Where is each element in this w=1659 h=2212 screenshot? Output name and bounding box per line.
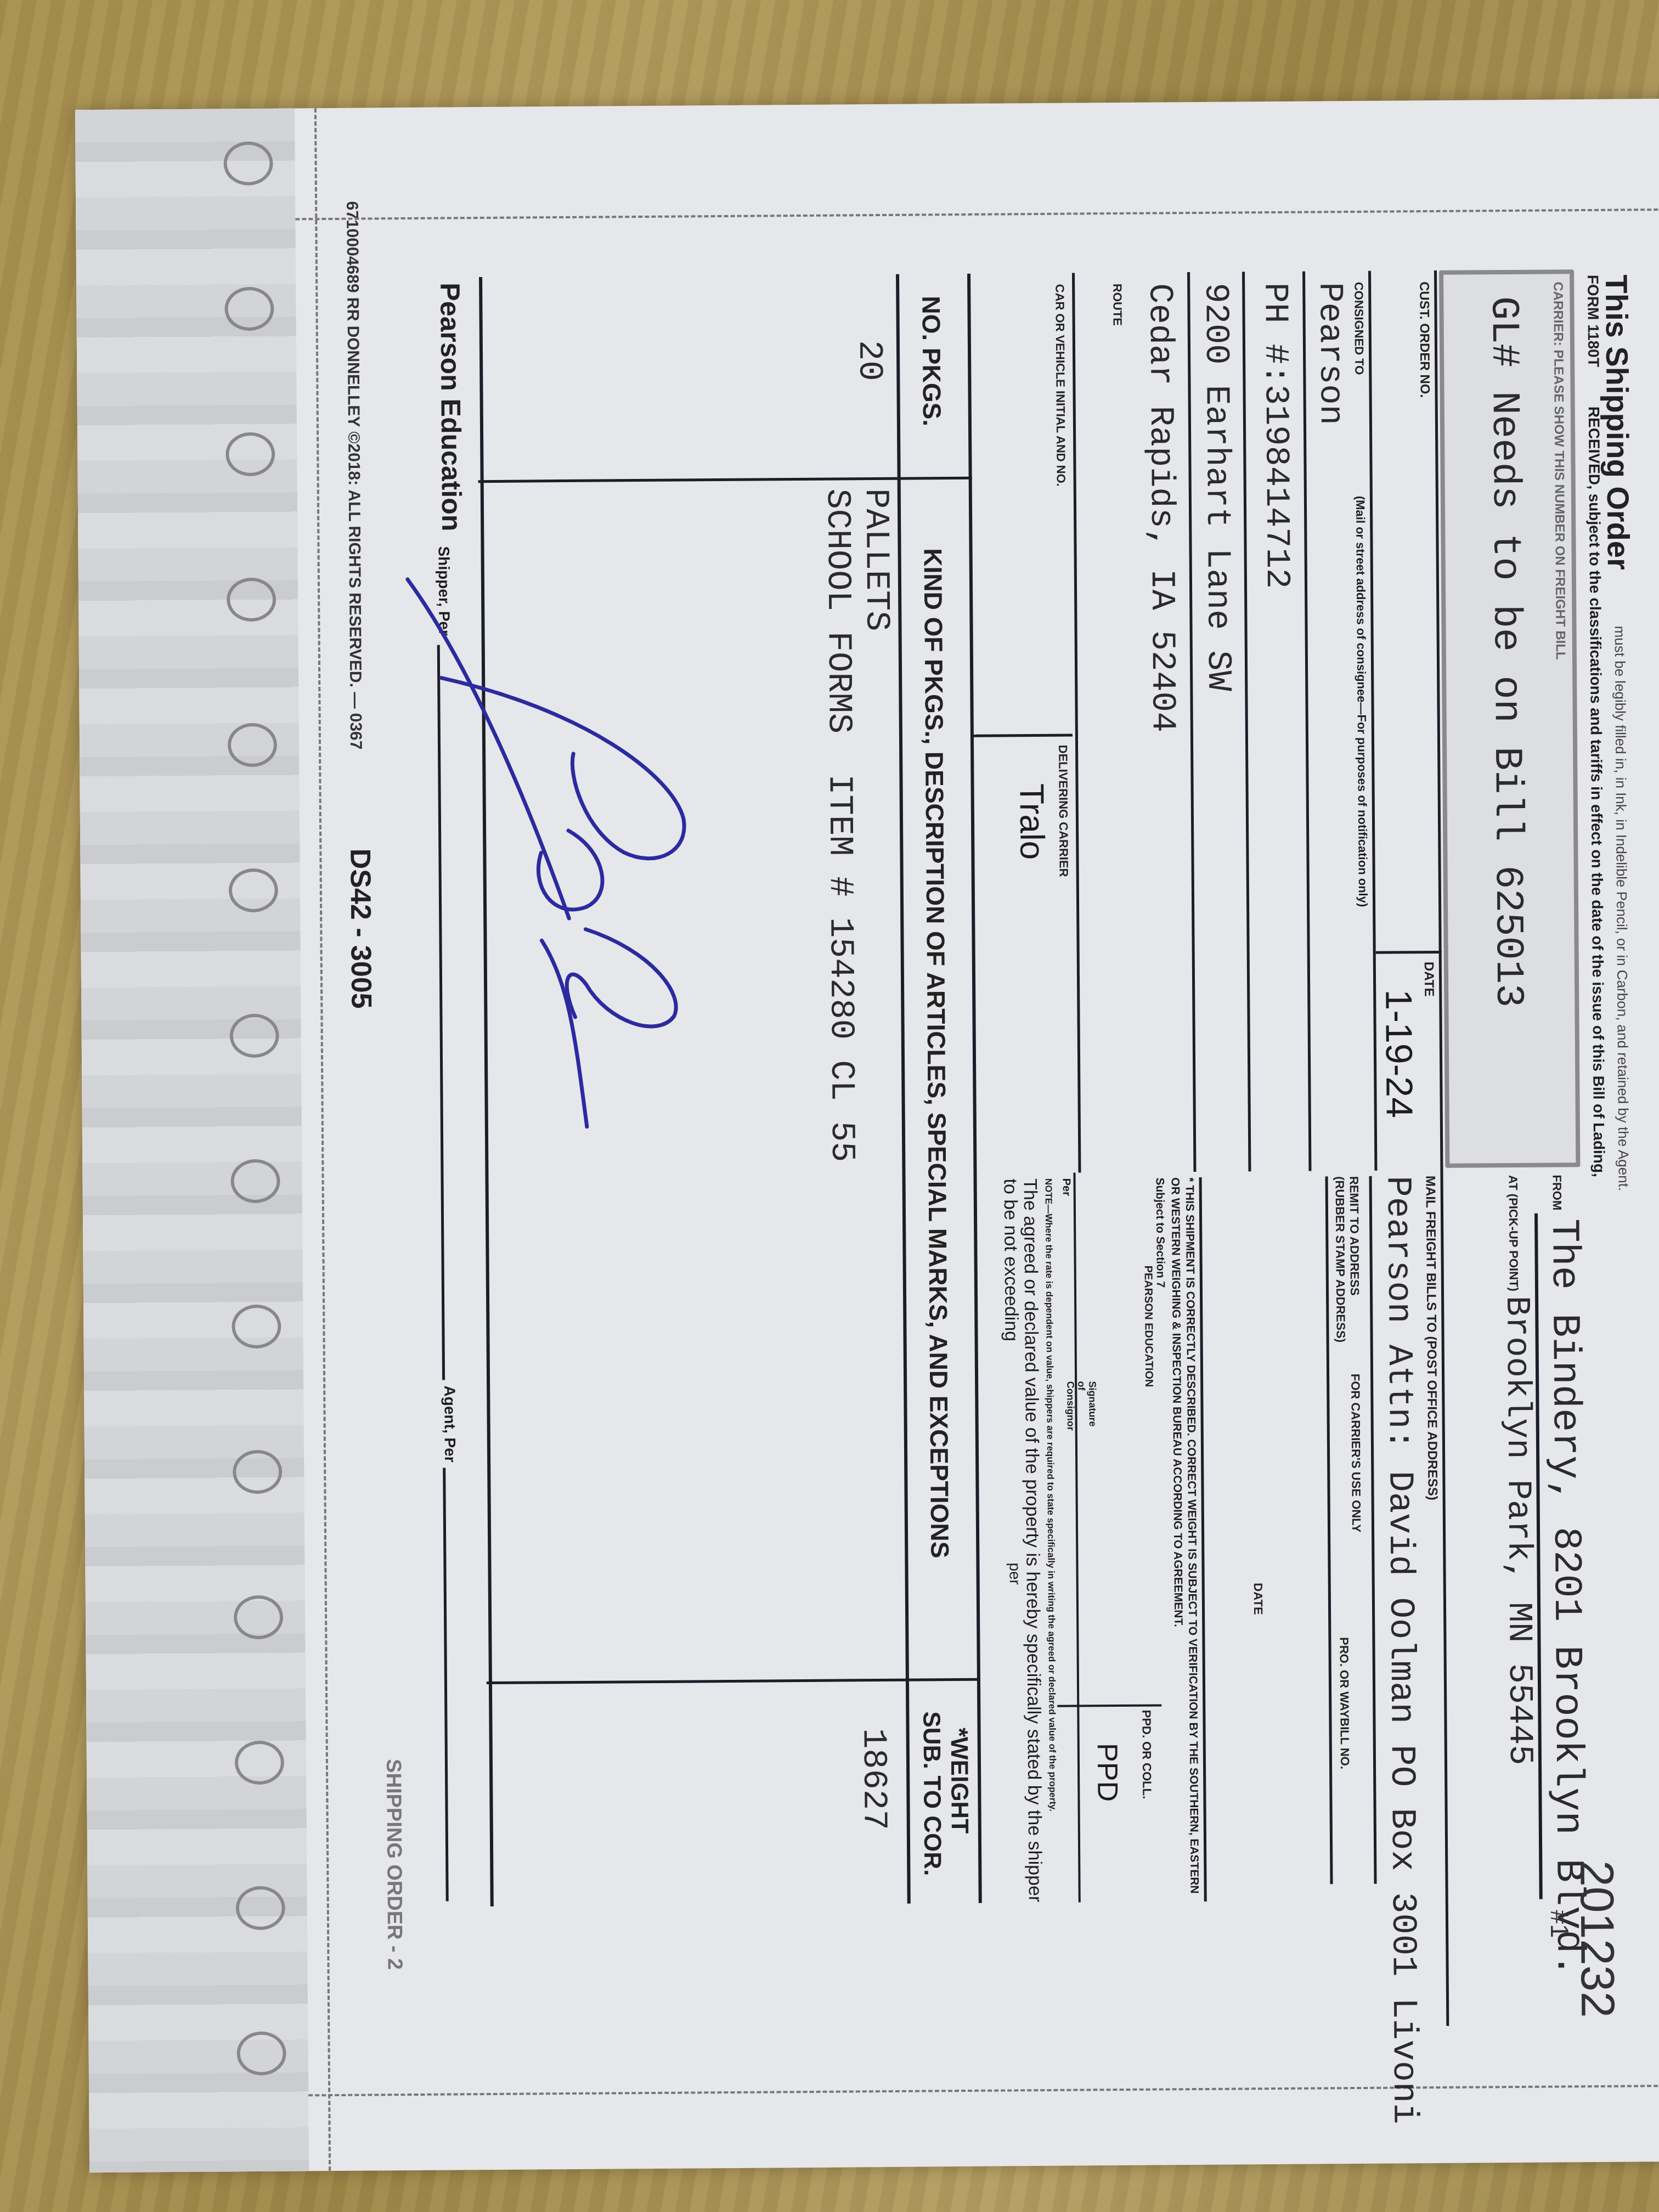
header-weight-1: *WEIGHT xyxy=(945,1728,973,1833)
perforation-line xyxy=(314,108,331,2171)
table-top-rule xyxy=(967,274,982,1903)
side-perforation xyxy=(308,2085,1659,2097)
carrier-use-label: FOR CARRIER'S USE ONLY xyxy=(1348,1374,1363,1532)
copy-label: SHIPPING ORDER - 2 xyxy=(381,1759,407,1970)
date2-label: DATE xyxy=(1251,1583,1265,1615)
note-small: NOTE—Where the rate is dependent on valu… xyxy=(1043,1178,1059,1903)
shipping-order-form: 6710004689 RR Donnelley ©2018: All right… xyxy=(75,99,1659,2172)
table-header-rule xyxy=(896,274,911,1904)
shipper-name: Pearson Education xyxy=(434,283,467,531)
cust-order-label: CUST. ORDER NO. xyxy=(1416,281,1432,398)
date-divider xyxy=(1376,951,1442,954)
remit-sublabel: (RUBBER STAMP ADDRESS) xyxy=(1333,1176,1348,1342)
row-pkgs: 20 xyxy=(850,340,889,381)
shipper-company-small: PEARSON EDUCATION xyxy=(1142,1266,1155,1387)
note-large: The agreed or declared value of the prop… xyxy=(1001,1178,1045,1903)
header-weight-2: SUB. TO COR. xyxy=(917,1711,946,1876)
sprocket-hole-icon xyxy=(230,1159,280,1204)
from-label: FROM xyxy=(1550,1175,1564,1210)
agent-per-label: Agent, Per xyxy=(441,1385,459,1462)
agent-sign-line xyxy=(443,1468,449,1901)
date-label: DATE xyxy=(1421,962,1436,997)
gl-number-box: CARRIER: PLEASE SHOW THIS NUMBER ON FREI… xyxy=(1439,269,1580,1168)
consigned-label: CONSIGNED TO xyxy=(1351,282,1366,375)
carrier-notice: CARRIER: PLEASE SHOW THIS NUMBER ON FREI… xyxy=(1550,281,1568,660)
delivering-value: Tralo xyxy=(1012,783,1052,860)
carrier-divider xyxy=(974,734,1073,737)
header-pkgs: NO. PKGS. xyxy=(916,296,947,426)
ppd-value: PPD xyxy=(1091,1743,1124,1802)
note-per: per xyxy=(1006,1562,1023,1585)
sprocket-hole-icon xyxy=(225,432,275,477)
sprocket-hole-icon xyxy=(232,1305,281,1349)
sprocket-hole-icon xyxy=(224,287,274,331)
form-title-suffix: must be legibly filled in, in Ink, in In… xyxy=(1611,626,1632,1192)
delivering-label: DELIVERING CARRIER xyxy=(1056,745,1071,877)
per-rule xyxy=(1073,1173,1080,1903)
signature-consignor-label: Signature of Consignor xyxy=(1065,1381,1098,1430)
row-description-1: PALLETS xyxy=(856,488,896,631)
route-label: ROUTE xyxy=(1110,284,1125,326)
consigned-rule xyxy=(1368,271,1377,1171)
ppd-divider xyxy=(1057,1704,1161,1707)
handwritten-suffix: #1 xyxy=(1545,1910,1575,1938)
sprocket-hole-icon xyxy=(228,723,278,768)
row-description-2: SCHOOL FORMS ITEM # 154280 CL 55 xyxy=(818,488,862,1162)
footer-code: 6710004689 RR Donnelley ©2018: All right… xyxy=(342,201,365,750)
ppd-label: PPD. OR COLL. xyxy=(1139,1710,1154,1799)
mail-bills-label: MAIL FREIGHT BILLS TO (POST OFFICE ADDRE… xyxy=(1423,1176,1440,1500)
row-weight: 18627 xyxy=(854,1728,894,1831)
route-rule xyxy=(1072,273,1081,1173)
pickup-label: AT (PICK-UP POINT) xyxy=(1506,1175,1521,1291)
sprocket-hole-icon xyxy=(236,1886,286,1931)
consignee-city: Cedar Rapids, IA 52404 xyxy=(1140,283,1182,732)
sprocket-hole-icon xyxy=(229,868,279,913)
sprocket-hole-icon xyxy=(223,142,273,186)
certification-text: * THIS SHIPMENT IS CORRECTLY DESCRIBED. … xyxy=(1168,1177,1201,1901)
sprocket-hole-icon xyxy=(227,578,276,622)
consignee-rule-2 xyxy=(1242,272,1251,1171)
sprocket-hole-icon xyxy=(234,1595,284,1640)
handwritten-signature xyxy=(391,544,752,1150)
stock-code: DS42 - 3005 xyxy=(343,848,377,1008)
handwritten-number: 201232 xyxy=(1569,1860,1624,2018)
consigned-note: (Mail or street address of consignee—For… xyxy=(1353,496,1370,907)
pro-label: PRO. OR WAYBILL NO. xyxy=(1336,1637,1352,1769)
consignee-phone: PH #:3198414712 xyxy=(1255,283,1296,589)
mail-bills-value: Pearson Attn: David Oolman PO Box 3001 L… xyxy=(1378,1176,1424,2124)
pickup-value: Brooklyn Park, MN 55445 xyxy=(1497,1296,1539,1765)
consignee-rule-1 xyxy=(1302,272,1311,1171)
carbon-strip xyxy=(75,108,309,2172)
form-title: This Shipping Order xyxy=(1599,274,1637,570)
sprocket-hole-icon xyxy=(236,2032,286,2076)
sprocket-hole-icon xyxy=(229,1014,279,1058)
shipping-order-paper: 6710004689 RR Donnelley ©2018: All right… xyxy=(75,99,1659,2172)
pro-rule xyxy=(1325,1176,1333,1884)
section7-text: Subject to Section 7 xyxy=(1153,1177,1167,1288)
header-description: KIND OF PKGS., DESCRIPTION OF ARTICLES, … xyxy=(918,548,955,1558)
form-number: FORM 1180T xyxy=(1584,275,1602,367)
consignee-rule-3 xyxy=(1187,272,1196,1172)
date-value: 1-19-24 xyxy=(1377,989,1421,1118)
sprocket-hole-icon xyxy=(235,1741,285,1785)
sprocket-hole-icon xyxy=(233,1450,283,1494)
remit-rule xyxy=(1369,1176,1377,1884)
consignee-street: 9200 Earhart Lane SW xyxy=(1196,283,1238,691)
remit-label: REMIT TO ADDRESS xyxy=(1347,1176,1362,1296)
gl-number: GL# Needs to be on Bill 625013 xyxy=(1481,296,1531,1008)
consignee-name: Pearson xyxy=(1310,282,1350,425)
car-label: CAR OR VEHICLE INITIAL AND NO. xyxy=(1052,284,1068,487)
side-perforation xyxy=(295,208,1659,221)
per-label: Per xyxy=(1060,1178,1073,1196)
